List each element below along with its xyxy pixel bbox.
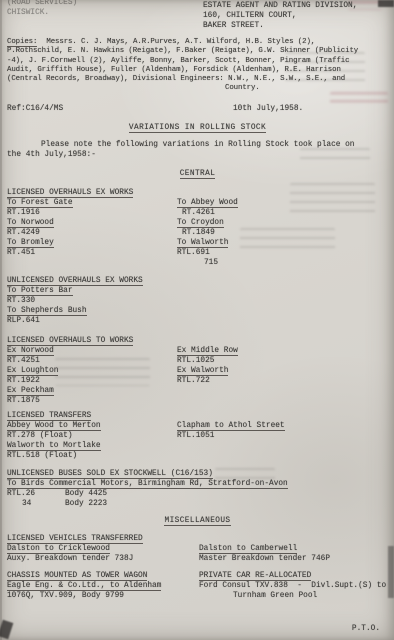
stock-entry: Ex Middle Row RTL.1025 [177, 346, 388, 366]
entry-route: Clapham to Athol Street [177, 422, 285, 431]
entry-route: To Forest Gate [7, 199, 73, 208]
entry-route: Dalston to Cricklewood [7, 545, 110, 554]
miscellaneous-heading: MISCELLANEOUS [164, 517, 230, 526]
stock-entry: Abbey Wood to Merton RT.278 (Float) [7, 421, 177, 441]
page-title: VARIATIONS IN ROLLING STOCK [129, 124, 266, 133]
stock-entry: To Bromley RT.451 [7, 238, 177, 258]
entry-vehicle: RT.330 [7, 296, 177, 306]
intro-line1: Please note the following variations in … [7, 140, 388, 150]
scanned-document-page: (ROAD SERVICES) CHISWICK. ESTATE AGENT A… [0, 0, 394, 640]
intro-line2: the 4th July,1958:- [7, 150, 388, 160]
entry-vehicle: RT.4251 [7, 356, 177, 366]
section-heading: UNLICENSED BUSES SOLD EX STOCKWELL (C16/… [7, 470, 213, 479]
section-heading: LICENSED OVERHAULS TO WORKS [7, 337, 133, 346]
stock-entry: To Forest Gate RT.1916 [7, 198, 177, 218]
recipient-address-line2: 160, CHILTERN COURT, [203, 11, 388, 21]
tower-wagon-entry: CHASSIS MOUNTED AS TOWER WAGON Eagle Eng… [7, 571, 199, 601]
stock-entry: Walworth to Mortlake RTL.518 (Float) [7, 441, 177, 461]
region-heading: CENTRAL [180, 170, 216, 179]
section-heading: UNLICENSED OVERHAULS EX WORKS [7, 277, 143, 286]
section-licensed-vehicles-transferred: LICENSED VEHICLES TRANSFERRED Dalston to… [7, 534, 388, 564]
entry-route: Ex Walworth [177, 367, 228, 376]
copies-line4: Audit, Griffith House), Fuller (Aldenham… [7, 66, 388, 75]
entry-vehicle: RTL.1025 [177, 356, 388, 366]
entry-route: To Abbey Wood [177, 199, 238, 208]
stock-entry: To Potters Bar RT.330 [7, 286, 177, 306]
stock-entry: To Walworth RTL.691 715 [177, 238, 388, 268]
entry-vehicle: RT.1922 [7, 376, 177, 386]
entry-vehicle: RTL.691 [177, 248, 388, 258]
body-number: Body 4425 [65, 490, 107, 498]
copies-line6: Country. [7, 84, 388, 93]
stock-entry: Ex Peckham RT.1875 [7, 386, 177, 406]
entry-route: Dalston to Camberwell [199, 545, 297, 554]
entry-vehicle: RT.1916 [7, 208, 177, 218]
entry-route: Ex Middle Row [177, 347, 238, 356]
page-turn-over-note: P.T.O. [352, 624, 380, 634]
stock-entry: Ex Walworth RTL.722 [177, 366, 388, 386]
section-heading: LICENSED TRANSFERS [7, 412, 91, 421]
entry-route: Walworth to Mortlake [7, 442, 101, 451]
stock-entry: To Abbey Wood RT.4261 [177, 198, 388, 218]
stock-entry: Dalston to Camberwell Master Breakdown t… [199, 544, 388, 564]
copies-list: Copies:Messrs. C. J. Mays, A.R.Purves, A… [7, 38, 388, 94]
section-heading: LICENSED VEHICLES TRANSFERRED [7, 535, 143, 544]
entry-vehicle: Auxy. Breakdown tender 738J [7, 554, 199, 564]
section-licensed-overhauls-to-works: LICENSED OVERHAULS TO WORKS Ex Norwood R… [7, 336, 388, 406]
copies-label: Copies: [7, 38, 37, 47]
entry-vehicle: RT.1875 [7, 396, 177, 406]
entry-route: Ex Loughton [7, 367, 58, 376]
entry-vehicle: RTL.722 [177, 376, 388, 386]
fleet-number: 34 [7, 499, 65, 509]
entry-route: To Walworth [177, 239, 228, 248]
stock-entry: Ex Loughton RT.1922 [7, 366, 177, 386]
entry-route: Ex Norwood [7, 347, 54, 356]
entry-vehicle: Ford Consul TXV.838 - Divl.Supt.(S) to [199, 581, 388, 591]
reference-number: Ref:C16/4/MS [7, 104, 233, 114]
section-licensed-transfers: LICENSED TRANSFERS Abbey Wood to Merton … [7, 411, 388, 461]
scan-corner-mark [0, 620, 13, 640]
copies-line1: Messrs. C. J. Mays, A.R.Purves, A.T. Wil… [46, 38, 315, 46]
entry-vehicle: RT.4261 [177, 208, 388, 218]
entry-vehicle: RT.1849 [177, 228, 388, 238]
stock-entry: To Shepherds Bush RLP.641 [7, 306, 177, 326]
entry-route: To Croydon [177, 219, 224, 228]
stock-entry: Ex Norwood RT.4251 [7, 346, 177, 366]
body-number: Body 2223 [65, 500, 107, 508]
section-heading: LICENSED OVERHAULS EX WORKS [7, 189, 133, 198]
entry-route: To Potters Bar [7, 287, 73, 296]
entry-route: To Norwood [7, 219, 54, 228]
sold-bus-row: RTL.26Body 4425 34Body 2223 [7, 489, 388, 509]
entry-vehicle: RT.451 [7, 248, 177, 258]
entry-vehicle: Turnham Green Pool [199, 591, 388, 601]
entry-route: To Bromley [7, 239, 54, 248]
copies-line5: (Central Records, Broadway), Divisional … [7, 75, 388, 84]
buyer-line: To Birds Commercial Motors, Birmingham R… [7, 480, 288, 489]
entry-route: To Shepherds Bush [7, 307, 87, 316]
stock-entry: Clapham to Athol Street RTL.1051 [177, 421, 388, 441]
stock-entry: To Norwood RT.4249 [7, 218, 177, 238]
sender-office-block: (ROAD SERVICES) CHISWICK. [7, 0, 203, 31]
letterhead: (ROAD SERVICES) CHISWICK. ESTATE AGENT A… [7, 1, 388, 31]
sender-office-line2: CHISWICK. [7, 8, 203, 18]
recipient-address-line1: ESTATE AGENT AND RATING DIVISION, [203, 1, 388, 11]
copies-line3: -4), J. F.Cornwell (2), Ayliffe, Bonny, … [7, 57, 388, 66]
entry-vehicle: RT.4249 [7, 228, 177, 238]
sender-office-line1: (ROAD SERVICES) [7, 0, 203, 8]
fleet-number: RTL.26 [7, 489, 65, 499]
document-date: 10th July,1958. [233, 104, 388, 114]
recipient-address-block: ESTATE AGENT AND RATING DIVISION, 160, C… [203, 1, 388, 31]
private-car-entry: PRIVATE CAR RE-ALLOCATED Ford Consul TXV… [199, 571, 388, 601]
section-unlicensed-overhauls-ex-works: UNLICENSED OVERHAULS EX WORKS To Potters… [7, 276, 388, 326]
intro-paragraph: Please note the following variations in … [7, 140, 388, 160]
section-heading: CHASSIS MOUNTED AS TOWER WAGON [7, 572, 147, 581]
entry-route: Ex Peckham [7, 387, 54, 396]
section-licensed-overhauls-ex-works: LICENSED OVERHAULS EX WORKS To Forest Ga… [7, 188, 388, 268]
entry-vehicle: RTL.518 (Float) [7, 451, 177, 461]
entry-vehicle: RLP.641 [7, 316, 177, 326]
section-unlicensed-buses-sold: UNLICENSED BUSES SOLD EX STOCKWELL (C16/… [7, 469, 388, 509]
entry-vehicle: 1076Q, TXV.909, Body 9799 [7, 591, 199, 601]
entry-vehicle: Master Breakdown tender 746P [199, 554, 388, 564]
entry-vehicle: RTL.1051 [177, 431, 388, 441]
stock-entry: Dalston to Cricklewood Auxy. Breakdown t… [7, 544, 199, 564]
copies-line2: P.Rothschild, E. N. Hawkins (Reigate), F… [7, 47, 388, 56]
entry-vehicle: RT.278 (Float) [7, 431, 177, 441]
recipient-address-line3: BAKER STREET. [203, 21, 388, 31]
section-misc-vehicles: CHASSIS MOUNTED AS TOWER WAGON Eagle Eng… [7, 571, 388, 601]
stock-entry: To Croydon RT.1849 [177, 218, 388, 238]
entry-route: Abbey Wood to Merton [7, 422, 101, 431]
section-heading: PRIVATE CAR RE-ALLOCATED [199, 572, 311, 581]
entry-route: Eagle Eng. & Co.Ltd., to Aldenham [7, 582, 161, 591]
entry-vehicle: 715 [177, 258, 388, 268]
